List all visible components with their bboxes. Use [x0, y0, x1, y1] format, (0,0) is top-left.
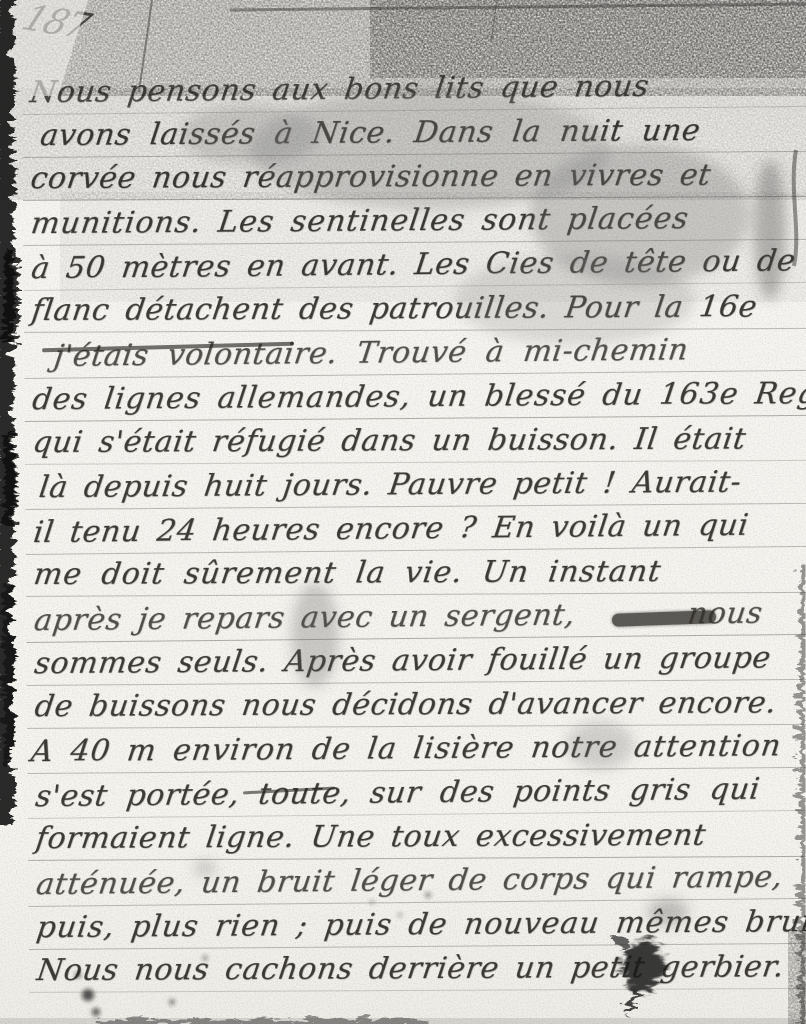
handwritten-line: de buissons nous décidons d'avancer enco…	[27, 681, 806, 729]
handwritten-text: à 50 mètres en avant. Les Cies de tête o…	[29, 239, 799, 290]
handwritten-line: flanc détachent des patrouilles. Pour la…	[24, 285, 806, 333]
handwritten-text: Nous pensons aux bons lits que nous	[27, 64, 651, 113]
handwritten-text: flanc détachent des patrouilles. Pour la…	[29, 285, 760, 332]
page-number: 187	[16, 0, 94, 47]
handwriting-area: Nous pensons aux bons lits que nousavons…	[22, 64, 806, 994]
handwritten-text: j'étais volontaire. Trouvé à mi-chemin	[51, 328, 691, 378]
handwritten-text: s'est portée, toute, sur des points gris…	[33, 767, 763, 818]
handwritten-text: munitions. Les sentinelles sont placées	[28, 197, 691, 245]
handwritten-line: A 40 m environ de la lisière notre atten…	[27, 724, 806, 774]
handwritten-text: qui s'était réfugié dans un buisson. Il …	[30, 417, 749, 464]
handwritten-line: avons laissés à Nice. Dans la nuit une	[22, 108, 806, 158]
handwritten-line: s'est portée, toute, sur des points gris…	[27, 767, 806, 819]
handwritten-line: corvée nous réapprovisionne en vivres et	[23, 153, 806, 201]
handwritten-line: j'étais volontaire. Trouvé à mi-chemin	[24, 327, 806, 379]
handwritten-line: à 50 mètres en avant. Les Cies de tête o…	[23, 239, 806, 291]
handwritten-text: là depuis huit jours. Pauvre petit ! Aur…	[36, 460, 744, 509]
handwritten-line: atténuée, un bruit léger de corps qui ra…	[28, 855, 806, 907]
handwritten-text: atténuée, un bruit léger de corps qui ra…	[34, 855, 786, 906]
handwritten-line: là depuis huit jours. Pauvre petit ! Aur…	[25, 460, 806, 510]
ink-layer: 187 Nous pensons aux bons lits que nousa…	[0, 0, 806, 1024]
handwritten-line: des lignes allemandes, un blessé du 163e…	[24, 372, 806, 422]
handwritten-text: A 40 m environ de la lisière notre atten…	[28, 724, 784, 773]
handwritten-line: qui s'était réfugié dans un buisson. Il …	[25, 417, 806, 465]
handwritten-line: munitions. Les sentinelles sont placées	[23, 196, 806, 246]
handwritten-text: formaient ligne. Une toux excessivement	[33, 813, 709, 859]
handwritten-text: Nous nous cachons derrière un petit gerb…	[34, 945, 787, 992]
handwritten-line: formaient ligne. Une toux excessivement	[28, 813, 806, 861]
handwritten-line: sommes seuls. Après avoir fouillé un gro…	[26, 636, 806, 686]
handwritten-text: corvée nous réapprovisionne en vivres et	[28, 153, 714, 199]
handwritten-text: il tenu 24 heures encore ? En voilà un q…	[31, 503, 751, 553]
handwritten-line: Nous pensons aux bons lits que nous	[22, 63, 806, 115]
handwritten-line: puis, plus rien ; puis de nouveau mêmes …	[29, 900, 806, 950]
handwritten-text: de buissons nous décidons d'avancer enco…	[32, 681, 779, 728]
handwritten-line: me doit sûrement la vie. Un instant	[26, 549, 806, 597]
handwritten-text: des lignes allemandes, un blessé du 163e…	[30, 372, 806, 421]
handwritten-text: sommes seuls. Après avoir fouillé un gro…	[32, 636, 774, 685]
handwritten-line: Nous nous cachons derrière un petit gerb…	[29, 945, 806, 993]
handwritten-text: puis, plus rien ; puis de nouveau mêmes …	[34, 900, 806, 949]
handwritten-line: il tenu 24 heures encore ? En voilà un q…	[25, 503, 806, 555]
handwritten-text: avons laissés à Nice. Dans la nuit une	[38, 109, 704, 157]
scanned-page: 187 Nous pensons aux bons lits que nousa…	[0, 0, 806, 1024]
handwritten-text: me doit sûrement la vie. Un instant	[31, 550, 664, 596]
